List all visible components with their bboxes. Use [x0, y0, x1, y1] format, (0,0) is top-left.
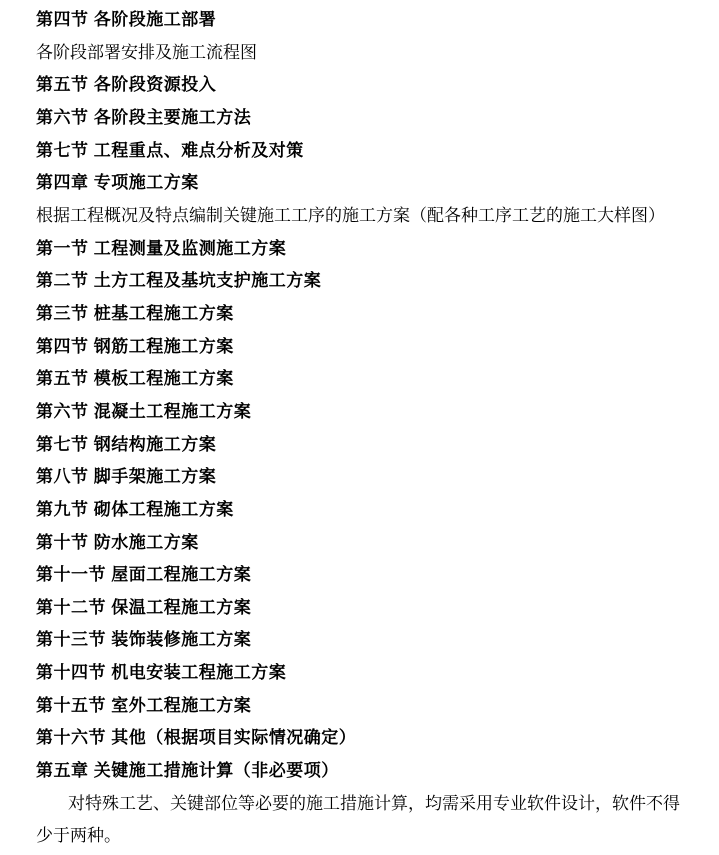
section-heading: 第六节 混凝土工程施工方案	[36, 396, 699, 429]
section-heading: 第三节 桩基工程施工方案	[36, 298, 699, 331]
section-heading: 第九节 砌体工程施工方案	[36, 494, 699, 527]
section-heading: 第十三节 装饰装修施工方案	[36, 624, 699, 657]
body-note: 各阶段部署安排及施工流程图	[36, 37, 699, 70]
body-paragraph: 对特殊工艺、关键部位等必要的施工措施计算，均需采用专业软件设计，软件不得少于两种…	[36, 788, 688, 853]
section-heading: 第五节 模板工程施工方案	[36, 363, 699, 396]
section-heading: 第四节 各阶段施工部署	[36, 4, 699, 37]
section-heading: 第十一节 屋面工程施工方案	[36, 559, 699, 592]
section-heading: 第四节 钢筋工程施工方案	[36, 331, 699, 364]
section-heading: 第七节 工程重点、难点分析及对策	[36, 135, 699, 168]
body-note: 根据工程概况及特点编制关键施工工序的施工方案（配各种工序工艺的施工大样图）	[36, 200, 699, 233]
document-page: 第四节 各阶段施工部署 各阶段部署安排及施工流程图 第五节 各阶段资源投入 第六…	[0, 0, 719, 855]
chapter-heading: 第五章 关键施工措施计算（非必要项）	[36, 755, 699, 788]
section-heading: 第一节 工程测量及监测施工方案	[36, 233, 699, 266]
section-heading: 第十五节 室外工程施工方案	[36, 690, 699, 723]
section-heading: 第六节 各阶段主要施工方法	[36, 102, 699, 135]
section-heading: 第七节 钢结构施工方案	[36, 429, 699, 462]
section-heading: 第十四节 机电安装工程施工方案	[36, 657, 699, 690]
section-heading: 第八节 脚手架施工方案	[36, 461, 699, 494]
chapter-heading: 第四章 专项施工方案	[36, 167, 699, 200]
section-heading: 第十节 防水施工方案	[36, 527, 699, 560]
section-heading: 第五节 各阶段资源投入	[36, 69, 699, 102]
section-heading: 第十六节 其他（根据项目实际情况确定）	[36, 722, 699, 755]
section-heading: 第二节 土方工程及基坑支护施工方案	[36, 265, 699, 298]
section-heading: 第十二节 保温工程施工方案	[36, 592, 699, 625]
